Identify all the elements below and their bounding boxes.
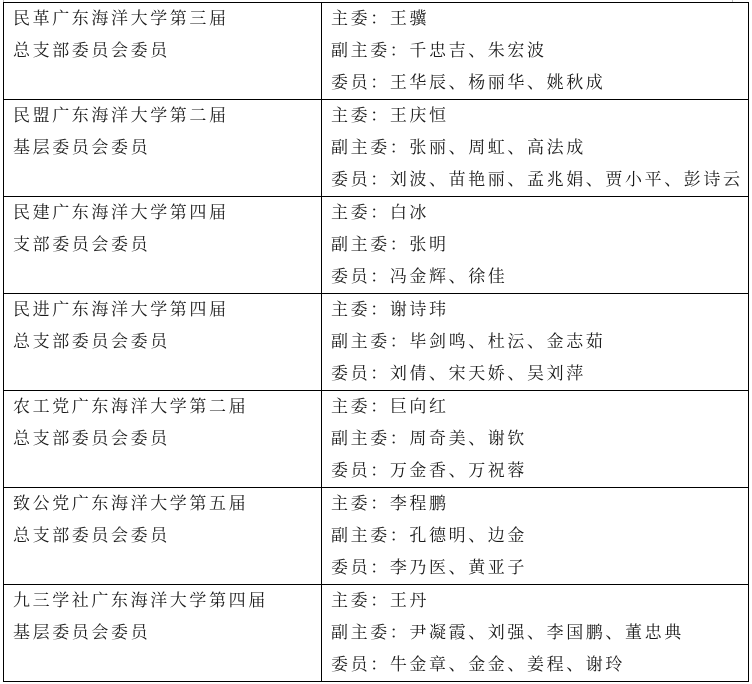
organization-cell: 民建广东海洋大学第四届 支部委员会委员 — [4, 197, 322, 294]
table-row: 民革广东海洋大学第三届 总支部委员会委员 主委：王骥 副主委：千忠吉、朱宏波 委… — [4, 3, 749, 100]
vice-chair-names: 孔德明、边金 — [409, 526, 527, 546]
member-names: 冯金辉、徐佳 — [390, 267, 508, 287]
vice-chair-line: 副主委：尹凝霞、刘强、李国鹏、董忠典 — [331, 617, 748, 649]
chair-label: 主委： — [331, 591, 390, 611]
committee-roster-table: 民革广东海洋大学第三届 总支部委员会委员 主委：王骥 副主委：千忠吉、朱宏波 委… — [3, 2, 749, 682]
members-cell: 主委：王丹 副主委：尹凝霞、刘强、李国鹏、董忠典 委员：牛金章、金金、姜程、谢玲 — [322, 585, 749, 682]
members-cell: 主委：巨向红 副主委：周奇美、谢钦 委员：万金香、万祝蓉 — [322, 391, 749, 488]
members-line: 委员：冯金辉、徐佳 — [331, 261, 748, 293]
organization-cell: 致公党广东海洋大学第五届 总支部委员会委员 — [4, 488, 322, 585]
member-names: 刘波、苗艳丽、孟兆娟、贾小平、彭诗云 — [390, 170, 743, 190]
vice-chair-line: 副主委：周奇美、谢钦 — [331, 423, 748, 455]
members-label: 委员： — [331, 364, 390, 384]
chair-label: 主委： — [331, 203, 390, 223]
organization-name: 民建广东海洋大学第四届 — [13, 197, 321, 229]
vice-chair-label: 副主委： — [331, 138, 409, 158]
chair-line: 主委：巨向红 — [331, 391, 748, 423]
chair-label: 主委： — [331, 494, 390, 514]
members-line: 委员：刘倩、宋天娇、吴刘萍 — [331, 358, 748, 390]
members-cell: 主委：白冰 副主委：张明 委员：冯金辉、徐佳 — [322, 197, 749, 294]
vice-chair-line: 副主委：张明 — [331, 229, 748, 261]
organization-name: 民进广东海洋大学第四届 — [13, 294, 321, 326]
table-row: 民盟广东海洋大学第二届 基层委员会委员 主委：王庆恒 副主委：张丽、周虹、高法成… — [4, 100, 749, 197]
vice-chair-label: 副主委： — [331, 623, 409, 643]
vice-chair-names: 毕剑鸣、杜沄、金志茹 — [409, 332, 605, 352]
vice-chair-label: 副主委： — [331, 332, 409, 352]
chair-name: 李程鹏 — [390, 494, 449, 514]
vice-chair-names: 千忠吉、朱宏波 — [409, 41, 546, 61]
members-line: 委员：王华辰、杨丽华、姚秋成 — [331, 67, 748, 99]
table-row: 民建广东海洋大学第四届 支部委员会委员 主委：白冰 副主委：张明 委员：冯金辉、… — [4, 197, 749, 294]
chair-name: 王丹 — [390, 591, 429, 611]
vice-chair-label: 副主委： — [331, 235, 409, 255]
table-row: 民进广东海洋大学第四届 总支部委员会委员 主委：谢诗玮 副主委：毕剑鸣、杜沄、金… — [4, 294, 749, 391]
vice-chair-line: 副主委：千忠吉、朱宏波 — [331, 35, 748, 67]
member-names: 万金香、万祝蓉 — [390, 461, 527, 481]
chair-label: 主委： — [331, 300, 390, 320]
member-names: 李乃医、黄亚子 — [390, 558, 527, 578]
committee-name: 总支部委员会委员 — [13, 326, 321, 358]
members-label: 委员： — [331, 267, 390, 287]
chair-line: 主委：王丹 — [331, 585, 748, 617]
members-line: 委员：万金香、万祝蓉 — [331, 455, 748, 487]
members-label: 委员： — [331, 73, 390, 93]
organization-name: 致公党广东海洋大学第五届 — [13, 488, 321, 520]
members-cell: 主委：王庆恒 副主委：张丽、周虹、高法成 委员：刘波、苗艳丽、孟兆娟、贾小平、彭… — [322, 100, 749, 197]
members-label: 委员： — [331, 170, 390, 190]
chair-name: 王骥 — [390, 9, 429, 29]
member-names: 牛金章、金金、姜程、谢玲 — [390, 655, 625, 675]
vice-chair-label: 副主委： — [331, 526, 409, 546]
chair-label: 主委： — [331, 9, 390, 29]
vice-chair-names: 张明 — [409, 235, 448, 255]
chair-line: 主委：李程鹏 — [331, 488, 748, 520]
member-names: 刘倩、宋天娇、吴刘萍 — [390, 364, 586, 384]
members-line: 委员：李乃医、黄亚子 — [331, 552, 748, 584]
vice-chair-names: 张丽、周虹、高法成 — [409, 138, 585, 158]
vice-chair-names: 尹凝霞、刘强、李国鹏、董忠典 — [409, 623, 683, 643]
chair-label: 主委： — [331, 397, 390, 417]
organization-name: 农工党广东海洋大学第二届 — [13, 391, 321, 423]
committee-name: 总支部委员会委员 — [13, 423, 321, 455]
organization-name: 民革广东海洋大学第三届 — [13, 3, 321, 35]
members-cell: 主委：李程鹏 副主委：孔德明、边金 委员：李乃医、黄亚子 — [322, 488, 749, 585]
organization-cell: 民革广东海洋大学第三届 总支部委员会委员 — [4, 3, 322, 100]
organization-cell: 农工党广东海洋大学第二届 总支部委员会委员 — [4, 391, 322, 488]
members-label: 委员： — [331, 558, 390, 578]
table-row: 致公党广东海洋大学第五届 总支部委员会委员 主委：李程鹏 副主委：孔德明、边金 … — [4, 488, 749, 585]
organization-cell: 民盟广东海洋大学第二届 基层委员会委员 — [4, 100, 322, 197]
chair-name: 白冰 — [390, 203, 429, 223]
members-line: 委员：刘波、苗艳丽、孟兆娟、贾小平、彭诗云 — [331, 164, 748, 196]
vice-chair-line: 副主委：孔德明、边金 — [331, 520, 748, 552]
organization-name: 九三学社广东海洋大学第四届 — [13, 585, 321, 617]
table-row: 九三学社广东海洋大学第四届 基层委员会委员 主委：王丹 副主委：尹凝霞、刘强、李… — [4, 585, 749, 682]
organization-cell: 九三学社广东海洋大学第四届 基层委员会委员 — [4, 585, 322, 682]
members-line: 委员：牛金章、金金、姜程、谢玲 — [331, 649, 748, 681]
members-label: 委员： — [331, 461, 390, 481]
committee-name: 总支部委员会委员 — [13, 520, 321, 552]
members-cell: 主委：王骥 副主委：千忠吉、朱宏波 委员：王华辰、杨丽华、姚秋成 — [322, 3, 749, 100]
chair-name: 谢诗玮 — [390, 300, 449, 320]
member-names: 王华辰、杨丽华、姚秋成 — [390, 73, 606, 93]
members-label: 委员： — [331, 655, 390, 675]
organization-cell: 民进广东海洋大学第四届 总支部委员会委员 — [4, 294, 322, 391]
vice-chair-line: 副主委：毕剑鸣、杜沄、金志茹 — [331, 326, 748, 358]
chair-name: 王庆恒 — [390, 106, 449, 126]
vice-chair-names: 周奇美、谢钦 — [409, 429, 527, 449]
committee-name: 基层委员会委员 — [13, 617, 321, 649]
committee-name: 支部委员会委员 — [13, 229, 321, 261]
chair-line: 主委：王骥 — [331, 3, 748, 35]
organization-name: 民盟广东海洋大学第二届 — [13, 100, 321, 132]
roster-body: 民革广东海洋大学第三届 总支部委员会委员 主委：王骥 副主委：千忠吉、朱宏波 委… — [4, 3, 749, 682]
chair-name: 巨向红 — [390, 397, 449, 417]
table-row: 农工党广东海洋大学第二届 总支部委员会委员 主委：巨向红 副主委：周奇美、谢钦 … — [4, 391, 749, 488]
vice-chair-line: 副主委：张丽、周虹、高法成 — [331, 132, 748, 164]
chair-label: 主委： — [331, 106, 390, 126]
chair-line: 主委：王庆恒 — [331, 100, 748, 132]
vice-chair-label: 副主委： — [331, 41, 409, 61]
committee-name: 总支部委员会委员 — [13, 35, 321, 67]
chair-line: 主委：谢诗玮 — [331, 294, 748, 326]
members-cell: 主委：谢诗玮 副主委：毕剑鸣、杜沄、金志茹 委员：刘倩、宋天娇、吴刘萍 — [322, 294, 749, 391]
chair-line: 主委：白冰 — [331, 197, 748, 229]
committee-name: 基层委员会委员 — [13, 132, 321, 164]
vice-chair-label: 副主委： — [331, 429, 409, 449]
